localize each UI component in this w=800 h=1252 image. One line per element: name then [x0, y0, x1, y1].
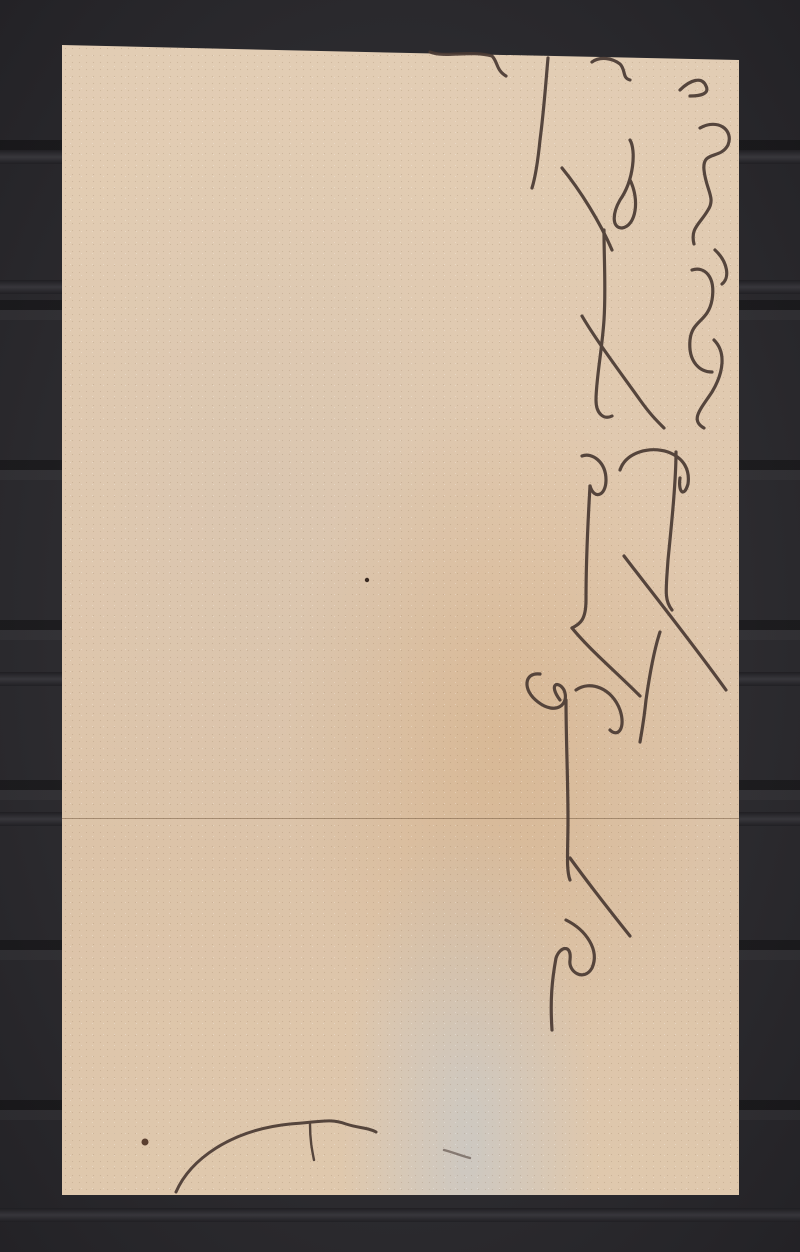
ink-stroke: [697, 340, 722, 428]
ink-stroke: [693, 124, 729, 244]
postmark-arc: [176, 1121, 376, 1192]
ink-stroke: [596, 230, 612, 417]
ink-stroke: [566, 700, 570, 880]
postmark-fragment: [444, 1150, 470, 1158]
ink-stroke: [582, 316, 664, 428]
ink-stroke: [690, 269, 713, 372]
ink-dot: [142, 1139, 149, 1146]
ink-stroke: [614, 140, 635, 228]
ink-stroke: [430, 52, 506, 76]
ink-stroke: [624, 556, 726, 690]
ink-stroke: [576, 686, 622, 733]
postmark-tick: [310, 1124, 314, 1160]
ink-stroke: [570, 858, 630, 936]
ink-stroke: [680, 80, 707, 96]
ink-stroke: [551, 958, 556, 1030]
ink-stroke: [592, 58, 630, 80]
handwriting-ink: [0, 0, 800, 1252]
ink-stroke: [532, 58, 548, 188]
ink-speck: [365, 578, 369, 582]
ink-stroke: [620, 450, 688, 492]
ink-stroke: [715, 250, 727, 284]
ink-stroke: [556, 920, 594, 975]
ink-stroke: [666, 452, 676, 610]
ink-stroke: [582, 455, 606, 494]
album-background: Fragment of aged paper (stamp cover piec…: [0, 0, 800, 1252]
ink-stroke: [527, 674, 565, 708]
ink-stroke: [572, 486, 590, 628]
ink-stroke: [640, 632, 660, 742]
